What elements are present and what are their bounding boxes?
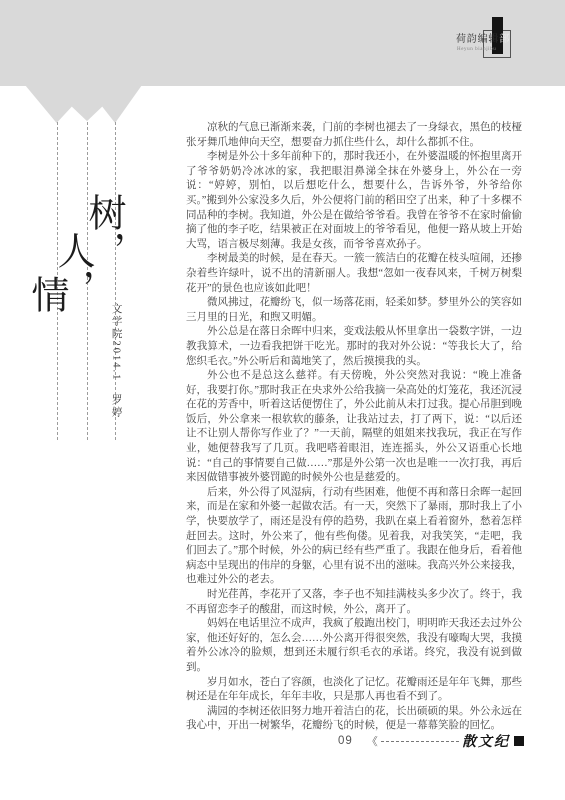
section-name: 散文纪 xyxy=(462,731,510,751)
article-paragraph: 李树是外公十多年前种下的，那时我还小，在外婆温暖的怀抱里离开了爷爷奶奶冷冰冰的家… xyxy=(186,150,522,252)
pennant-banner xyxy=(25,85,142,123)
article-paragraph: 外公总是在落日余晖中归来，变戏法般从怀里拿出一袋数字饼，一边教我算术，一边看我把… xyxy=(186,325,522,369)
article-paragraph: 凉秋的气息已渐渐来袭，门前的李树也褪去了一身绿衣，黑色的枝桠张牙舞爪地伸向天空，… xyxy=(186,121,522,150)
article-paragraph: 妈妈在电话里泣不成声，我疯了般跑出校门，明明昨天我还去过外公家，他还好好的，怎么… xyxy=(186,617,522,675)
article-title-char-3: 情 xyxy=(27,275,65,313)
guillemet-icon: 《 xyxy=(367,733,378,749)
article-paragraph: 时光荏苒，李花开了又落，李子也不知挂满枝头多少次了。终于，我不再留恋李子的酸甜，… xyxy=(186,588,522,617)
article-paragraph: 满园的李树还依旧努力地开着洁白的花，长出硕硕的果。外公永远在我心中，开出一树繁华… xyxy=(186,705,522,734)
article-body: 凉秋的气息已渐渐来袭，门前的李树也褪去了一身绿衣，黑色的枝桠张牙舞爪地伸向天空，… xyxy=(186,121,522,734)
masthead-name: 荷韵编辑部 xyxy=(456,35,510,45)
article-paragraph: 微风拂过，花瓣纷飞，似一场落花雨，轻柔如梦。梦里外公的笑容如三月里的日光，和煦又… xyxy=(186,296,522,325)
page-number: 09 xyxy=(338,735,353,747)
article-paragraph: 岁月如水，苍白了容颜，也淡化了记忆。花瓣雨还是年年飞舞，那些树还是在年年成长，年… xyxy=(186,676,522,705)
masthead-name-prefix: 荷韵编辑 xyxy=(456,34,499,45)
masthead-name-suffix: 部 xyxy=(499,34,510,45)
article-paragraph: 李树最美的时候，是在春天。一簇一簇洁白的花瓣在枝头喧闹，还掺杂着些许绿叶，说不出… xyxy=(186,252,522,296)
footer-dashed-rule xyxy=(381,741,459,742)
page-footer: 09 《 散文纪 xyxy=(338,733,524,749)
article-paragraph: 后来，外公得了风湿病，行动有些困难，他便不再和落日余晖一起回来，而是在家和外婆一… xyxy=(186,486,522,588)
masthead-pinyin: Heyun bianjibu xyxy=(457,47,496,52)
magazine-page: 荷韵编辑部 Heyun bianjibu 树， 人， 情 文学院2014.1 罗… xyxy=(0,0,565,800)
article-byline: 文学院2014.1 罗婷 xyxy=(109,303,122,419)
footer-square-icon xyxy=(514,736,524,746)
article-paragraph: 外公也不是总这么慈祥。有天傍晚，外公突然对我说：“晚上准备好，我要打你。”那时我… xyxy=(186,369,522,486)
